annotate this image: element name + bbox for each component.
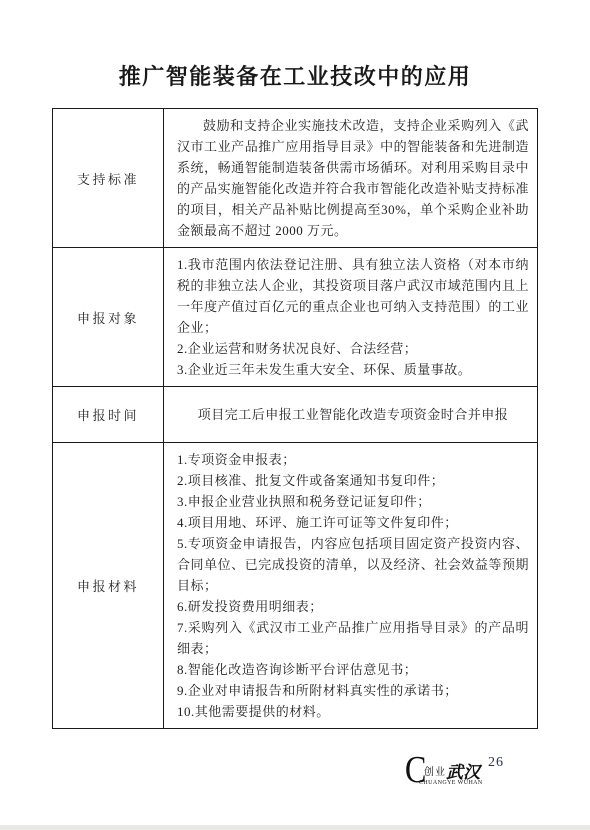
row-label-support-standard: 支持标准 — [53, 109, 164, 248]
row-content-application-materials: 1.专项资金申报表； 2.项目核准、批复文件或备案通知书复印件； 3.申报企业营… — [164, 443, 538, 729]
page-number: 26 — [488, 755, 504, 771]
paragraph: 9.企业对申请报告和所附材料真实性的承诺书； — [177, 680, 529, 701]
logo-cn-small-text: 创业 — [424, 767, 446, 778]
paragraph: 项目完工后申报工业智能化改造专项资金时合并申报 — [177, 404, 529, 425]
chuangye-wuhan-logo: C 创业武汉 CHUANGYE WUHAN — [403, 750, 485, 798]
table-row-application-materials: 申报材料 1.专项资金申报表； 2.项目核准、批复文件或备案通知书复印件； 3.… — [53, 443, 538, 729]
row-content-support-standard: 鼓励和支持企业实施技术改造，支持企业采购列入《武汉市工业产品推广应用指导目录》中… — [164, 109, 538, 248]
table-row-application-target: 申报对象 1.我市范围内依法登记注册、具有独立法人资格（对本市纳税的非独立法人企… — [53, 248, 538, 387]
table-row-support-standard: 支持标准 鼓励和支持企业实施技术改造，支持企业采购列入《武汉市工业产品推广应用指… — [53, 109, 538, 248]
paragraph: 鼓励和支持企业实施技术改造，支持企业采购列入《武汉市工业产品推广应用指导目录》中… — [177, 115, 529, 241]
logo-en-text: CHUANGYE WUHAN — [419, 780, 483, 786]
row-label-application-materials: 申报材料 — [53, 443, 164, 729]
paragraph: 6.研发投资费用明细表； — [177, 596, 529, 617]
paragraph: 5.专项资金申请报告，内容应包括项目固定资产投资内容、合同单位、已完成投资的清单… — [177, 533, 529, 596]
table-row-application-time: 申报时间 项目完工后申报工业智能化改造专项资金时合并申报 — [53, 387, 538, 443]
paragraph: 3.申报企业营业执照和税务登记证复印件； — [177, 491, 529, 512]
row-content-application-target: 1.我市范围内依法登记注册、具有独立法人资格（对本市纳税的非独立法人企业，其投资… — [164, 248, 538, 387]
paragraph: 4.项目用地、环评、施工许可证等文件复印件； — [177, 512, 529, 533]
paragraph: 3.企业近三年未发生重大安全、环保、质量事故。 — [177, 359, 529, 380]
paragraph: 1.我市范围内依法登记注册、具有独立法人资格（对本市纳税的非独立法人企业，其投资… — [177, 254, 529, 338]
row-label-application-target: 申报对象 — [53, 248, 164, 387]
document-page: 推广智能装备在工业技改中的应用 支持标准 鼓励和支持企业实施技术改造，支持企业采… — [0, 0, 590, 830]
paragraph: 7.采购列入《武汉市工业产品推广应用指导目录》的产品明细表； — [177, 617, 529, 659]
paragraph: 2.企业运营和财务状况良好、合法经营； — [177, 338, 529, 359]
paragraph: 8.智能化改造咨询诊断平台评估意见书； — [177, 659, 529, 680]
paragraph: 2.项目核准、批复文件或备案通知书复印件； — [177, 470, 529, 491]
paragraph: 10.其他需要提供的材料。 — [177, 701, 529, 722]
page-bottom-edge — [0, 825, 590, 830]
page-title: 推广智能装备在工业技改中的应用 — [0, 60, 590, 91]
paragraph: 1.专项资金申报表； — [177, 449, 529, 470]
info-table: 支持标准 鼓励和支持企业实施技术改造，支持企业采购列入《武汉市工业产品推广应用指… — [52, 108, 538, 729]
row-content-application-time: 项目完工后申报工业智能化改造专项资金时合并申报 — [164, 387, 538, 443]
row-label-application-time: 申报时间 — [53, 387, 164, 443]
